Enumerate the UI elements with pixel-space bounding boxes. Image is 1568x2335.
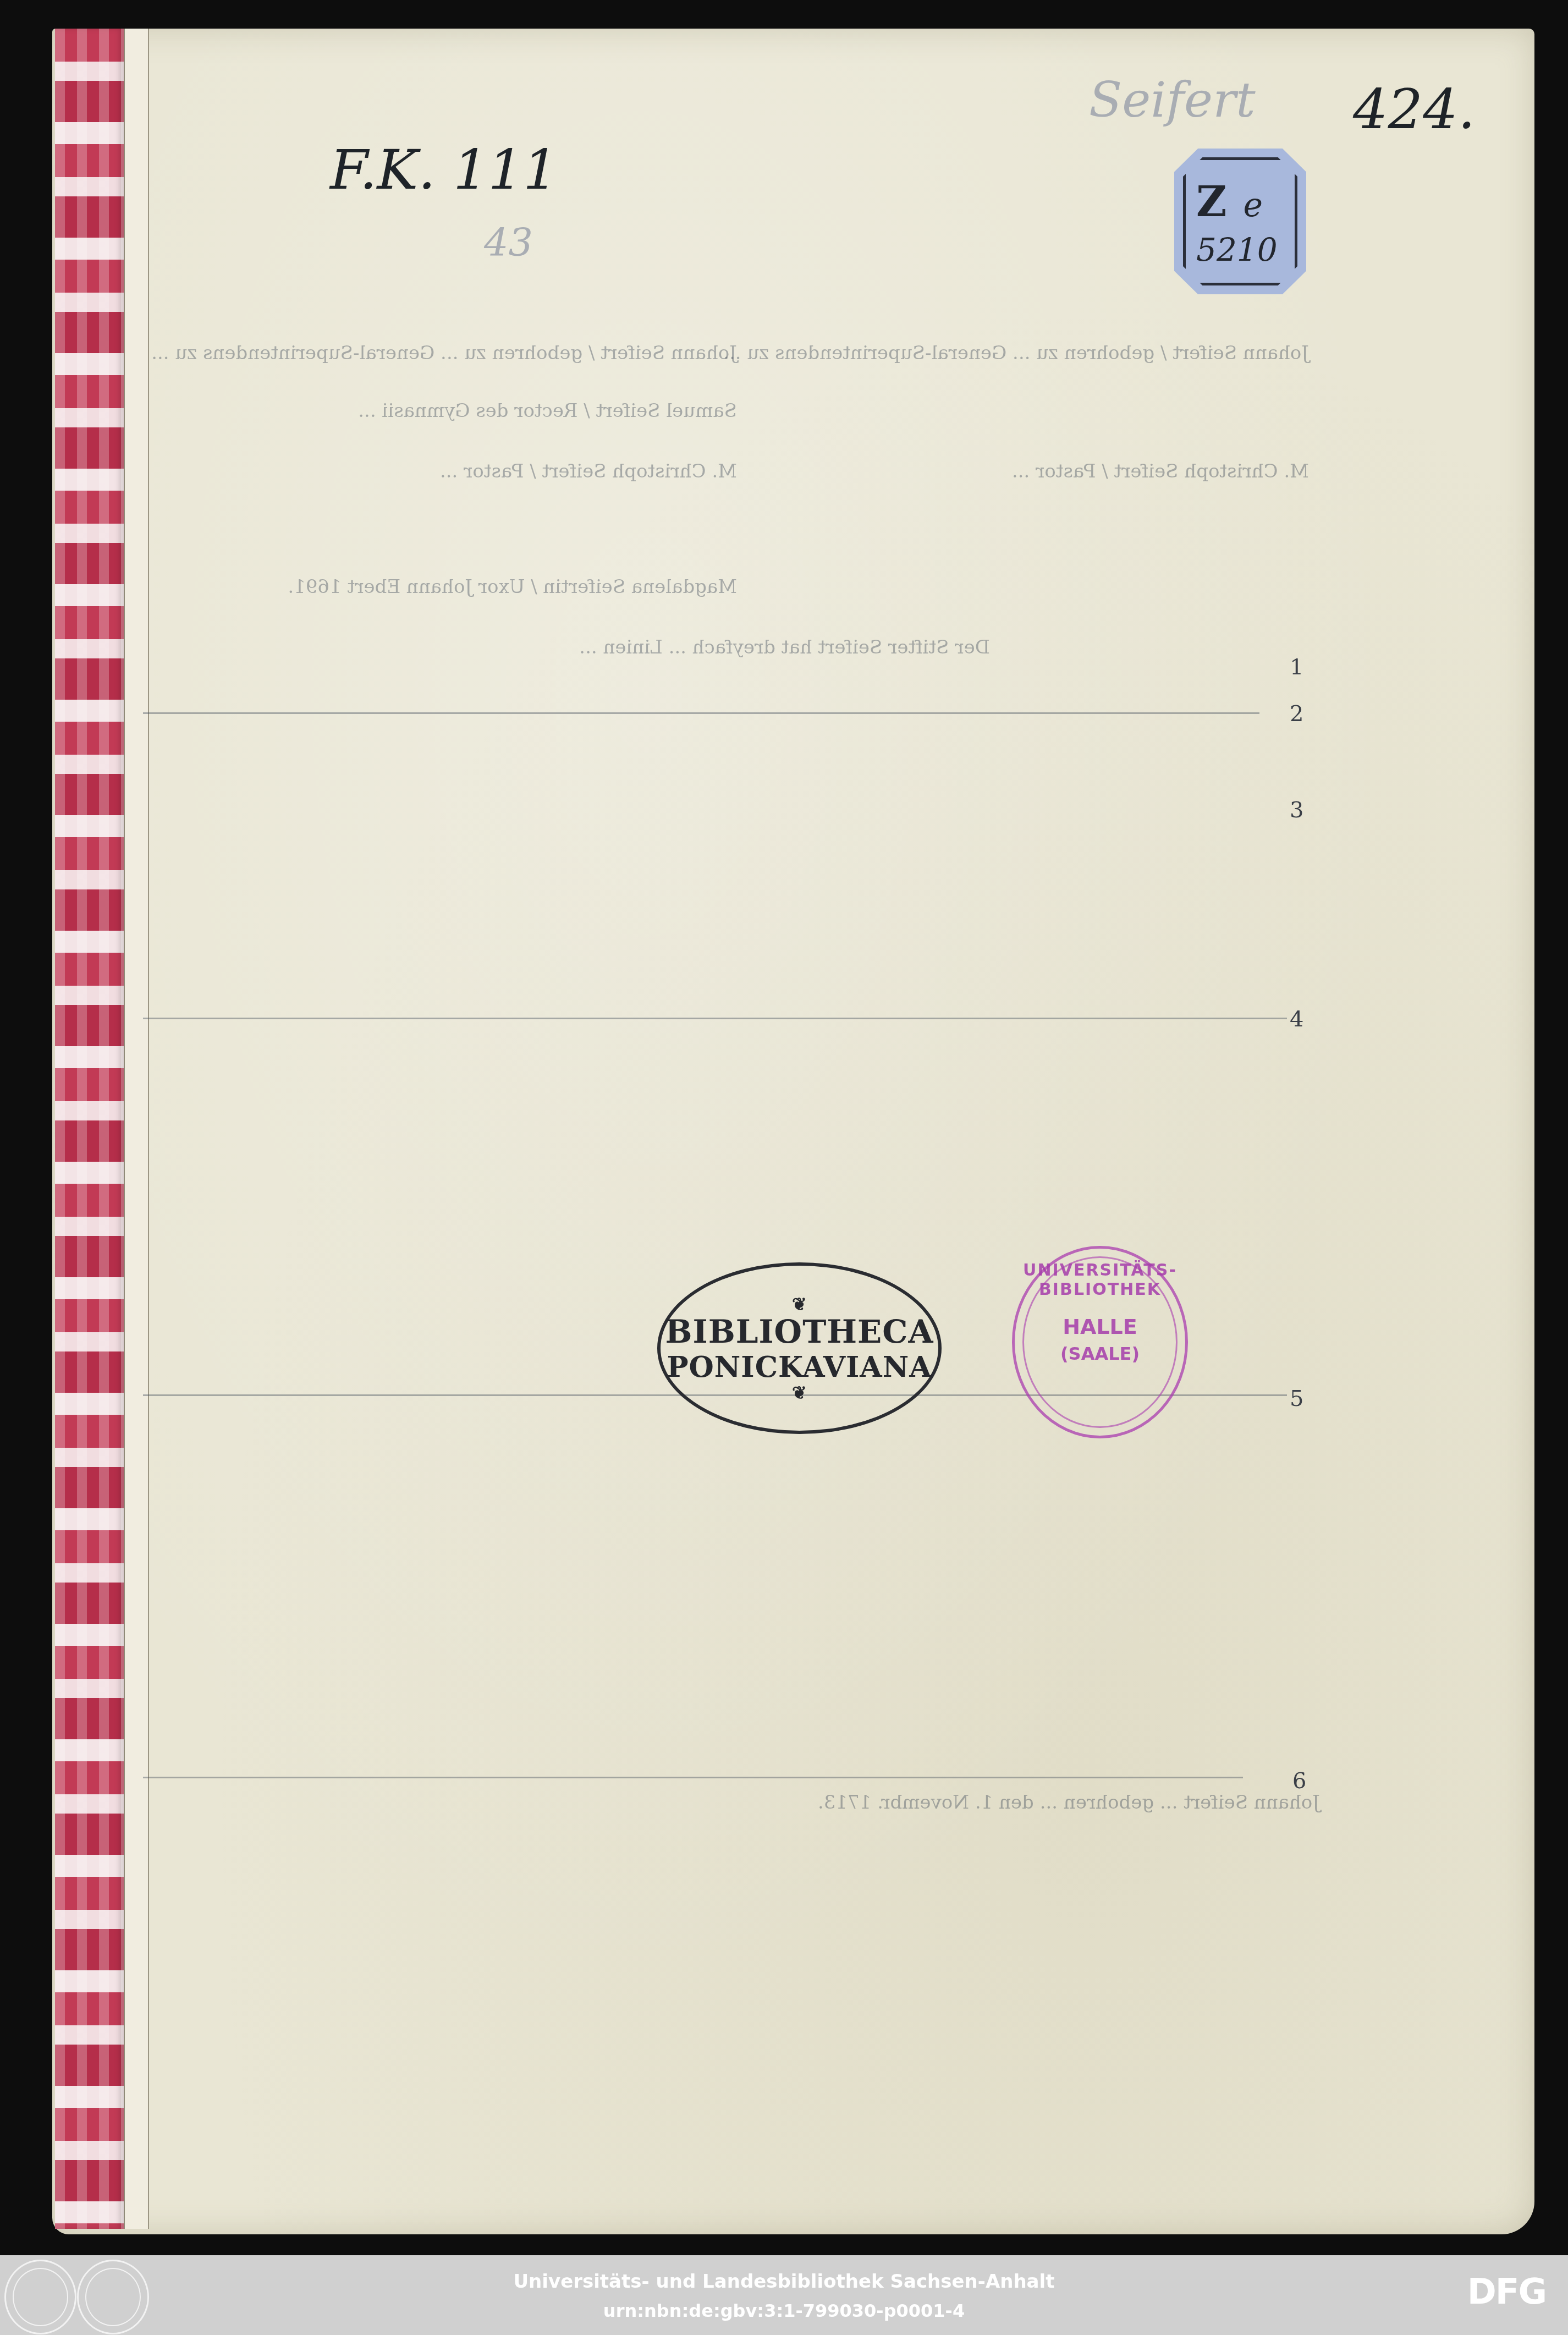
bleed-text-block: Magdalena Seifertin / Uxor Johann Ebert … — [159, 572, 737, 602]
stamp-ornament-top: ❦ — [792, 1295, 807, 1313]
stamp-line-1: BIBLIOTHECA — [665, 1313, 934, 1350]
scan-viewport: F.K. 111 43 Seifert 424. Ze 5210 Johann … — [0, 0, 1568, 2255]
shelfmark-letter: Z — [1196, 177, 1226, 226]
urn-identifier: urn:nbn:de:gbv:3:1-799030-p0001-4 — [0, 2300, 1568, 2321]
folio-number: 424. — [1353, 77, 1476, 141]
decorative-spine-binding — [55, 29, 124, 2229]
handwritten-shelf-note: F.K. 111 — [330, 138, 558, 202]
shelfmark-number: 5210 — [1196, 231, 1278, 268]
binding-hinge — [124, 29, 149, 2229]
stamp-region: (SAALE) — [1015, 1343, 1185, 1364]
dfg-logo-icon: DFG — [1467, 2272, 1546, 2312]
institution-name: Universitäts- und Landesbibliothek Sachs… — [0, 2271, 1568, 2293]
shelfmark-letters: Ze — [1196, 177, 1263, 226]
table-rule — [143, 712, 1259, 714]
stamp-line-2: PONICKAVIANA — [667, 1350, 932, 1384]
bleed-text-block: Samuel Seifert / Rector des Gymnasii ... — [159, 396, 737, 426]
table-rule — [143, 1018, 1287, 1019]
shelfmark-label: Ze 5210 — [1174, 149, 1306, 294]
stamp-ornament-bottom: ❦ — [792, 1384, 807, 1402]
margin-number: 6 — [1292, 1768, 1306, 1794]
margin-number: 4 — [1290, 1007, 1303, 1032]
bleed-text-block: M. Christoph Seifert / Pastor ... — [731, 457, 1309, 486]
bleed-text-block: Johann Seifert / gebohren zu ... General… — [159, 338, 737, 368]
bleed-text-block: Der Stifter Seifert hat dreyfach ... Lin… — [165, 633, 990, 662]
stamp-city: HALLE — [1015, 1315, 1185, 1339]
bibliotheca-ponickaviana-stamp: ❦ BIBLIOTHECA PONICKAVIANA ❦ — [657, 1262, 942, 1434]
pencil-name-note: Seifert — [1089, 72, 1256, 128]
table-rule — [143, 1777, 1243, 1778]
margin-number: 5 — [1290, 1386, 1303, 1411]
bleed-text-block: Johann Seifert ... gebohren ... den 1. N… — [605, 1788, 1320, 1817]
bleed-text-block: M. Christoph Seifert / Pastor ... — [159, 457, 737, 486]
margin-number: 2 — [1290, 701, 1303, 727]
pencil-number: 43 — [484, 220, 533, 265]
stamp-ring-text: UNIVERSITÄTS-BIBLIOTHEK — [1015, 1261, 1185, 1299]
margin-number: 3 — [1290, 798, 1303, 823]
margin-number: 1 — [1290, 655, 1303, 680]
shelfmark-subletter: e — [1243, 186, 1263, 224]
university-library-stamp: UNIVERSITÄTS-BIBLIOTHEK HALLE (SAALE) — [1012, 1246, 1188, 1438]
bleed-text-block: Johann Seifert / gebohren zu ... General… — [731, 338, 1309, 368]
library-footer: Universitäts- und Landesbibliothek Sachs… — [0, 2255, 1568, 2335]
